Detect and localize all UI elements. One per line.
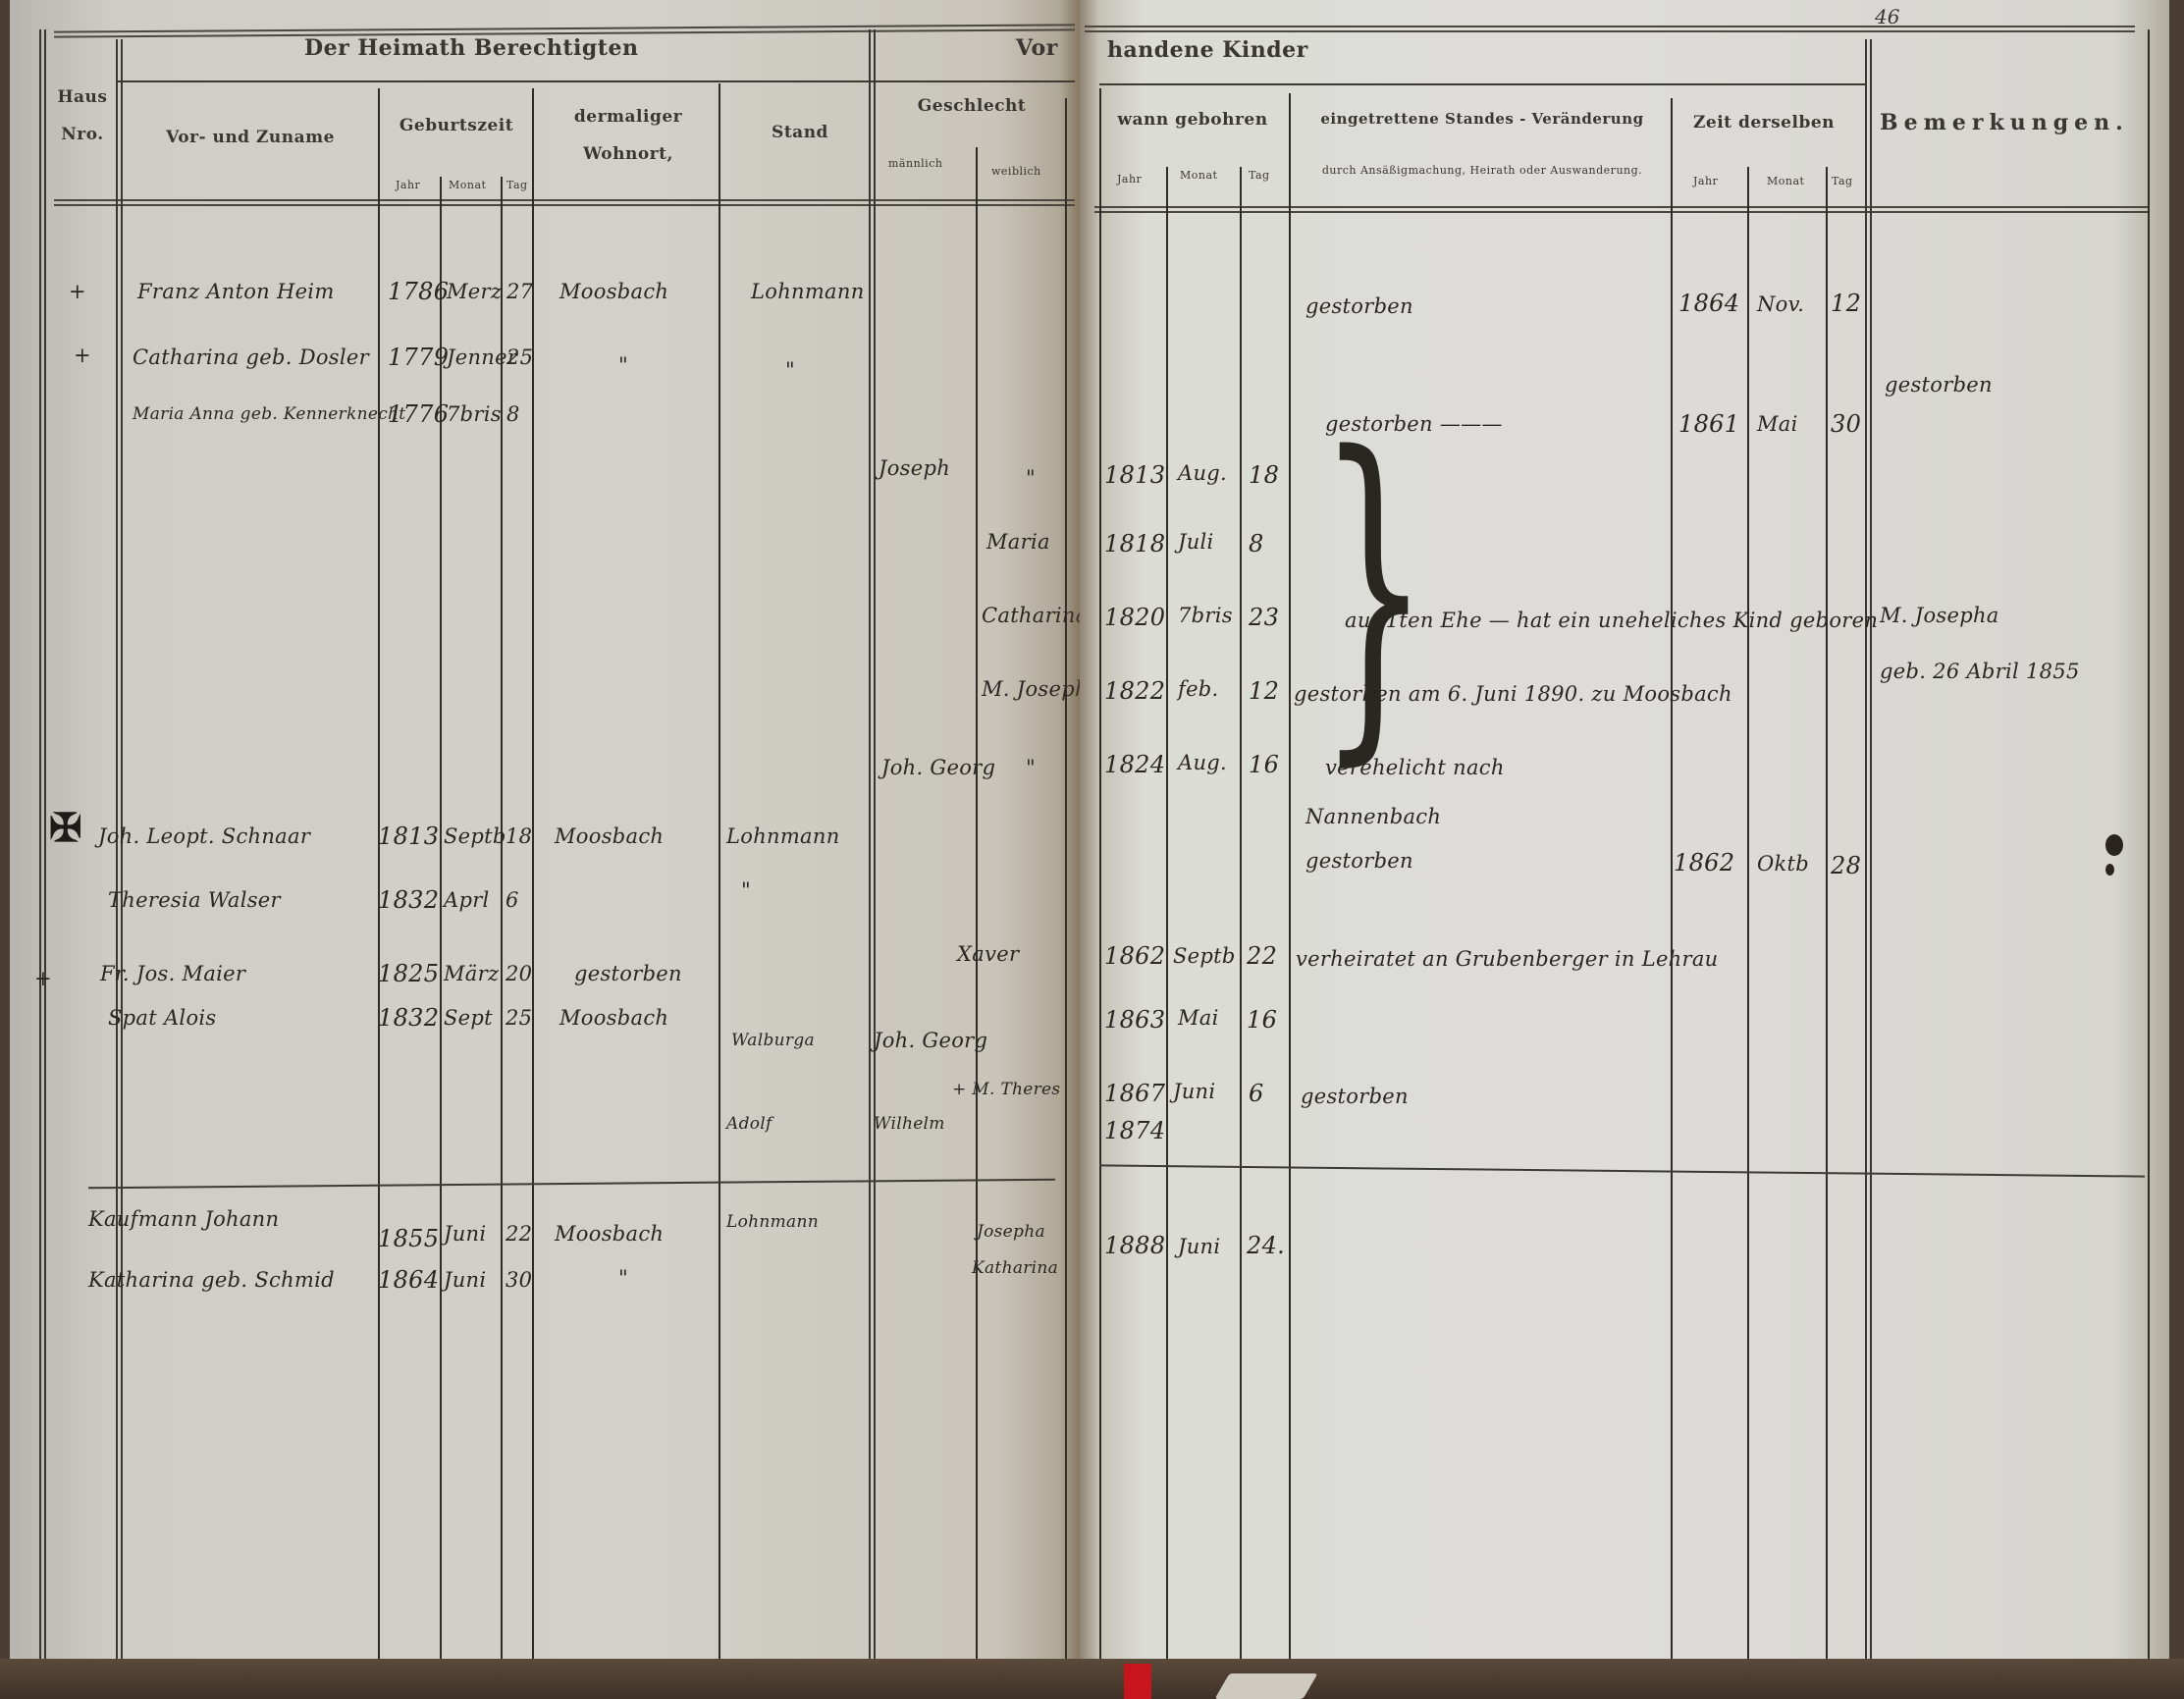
entry-1-mark: + [69, 280, 86, 303]
child-m-theres: + M. Theres [952, 1080, 1060, 1099]
header-born-month: Monat [1180, 169, 1217, 182]
row-8-day: 16 [1249, 751, 1279, 778]
row-4-month: Aug. [1178, 461, 1227, 485]
col-line-time-year [1671, 98, 1673, 1659]
header-name: Vor- und Zuname [133, 128, 368, 147]
row-1-cyear: 1864 [1678, 290, 1739, 317]
header-bottom-rule [54, 199, 1075, 206]
entry-7-month: Sept [444, 1006, 493, 1030]
header-remarks: Bemerkungen. [1880, 110, 2129, 135]
entry-3-name: Maria Anna geb. Kennerknecht [133, 404, 405, 424]
header-change-sub: durch Ansäßigmachung, Heirath oder Auswa… [1315, 162, 1649, 180]
row-8-change: verehelicht nach [1325, 756, 1505, 779]
row-15-month: Juni [1178, 1235, 1220, 1258]
entry-9-day: 30 [506, 1268, 532, 1292]
col-line-sex [869, 29, 876, 1659]
row-7-day: 12 [1249, 677, 1279, 705]
row-5-year: 1818 [1104, 530, 1165, 557]
row-13-day: 6 [1249, 1080, 1264, 1107]
ink-blot [2105, 834, 2123, 856]
child-xaver: Xaver [957, 942, 1019, 966]
col-line-status [719, 83, 720, 1659]
header-female: weiblich [991, 165, 1041, 178]
row-2-remark: gestorben [1885, 373, 1993, 397]
col-line-born-day [1240, 167, 1242, 1659]
row-1-change: gestorben [1305, 294, 1413, 318]
col-line-residence [532, 88, 534, 1659]
right-title: handene Kinder [1107, 37, 1308, 63]
white-bookmark-ribbon [1214, 1673, 1317, 1699]
entry-1-residence: Moosbach [559, 280, 668, 303]
row-12-month: Mai [1178, 1006, 1219, 1030]
child-5-male: Joh. Georg [881, 756, 995, 779]
entry-4-name: Joh. Leopt. Schnaar [98, 824, 310, 848]
row-11-month: Septb [1173, 944, 1236, 968]
entry-2-year: 1779 [388, 344, 449, 371]
left-page: Der Heimath Berechtigten Vor Haus Nro. V… [10, 0, 1080, 1669]
entry-1-day: 27 [506, 280, 533, 303]
header-status: Stand [751, 123, 849, 142]
entry-4-day: 18 [506, 824, 532, 848]
row-8-year: 1824 [1104, 751, 1165, 778]
entry-4-year: 1813 [378, 823, 439, 850]
entry-8-month: Juni [444, 1222, 486, 1246]
row-6-day: 23 [1249, 604, 1279, 631]
child-wilhelm: Wilhelm [874, 1114, 945, 1134]
entry-9-month: Juni [444, 1268, 486, 1292]
row-7-change: gestorben am 6. Juni 1890. zu Moosbach [1294, 682, 1732, 706]
entry-3-day: 8 [506, 402, 520, 426]
row-6-year: 1820 [1104, 604, 1165, 631]
bracket: } [1317, 412, 1430, 766]
entry-7-day: 25 [506, 1006, 532, 1030]
entry-3-year: 1776 [388, 400, 449, 428]
entry-5-year: 1832 [378, 886, 439, 914]
row-7-remark: geb. 26 Abril 1855 [1880, 660, 2080, 683]
header-birth: Geburtszeit [388, 116, 525, 135]
header-birth-day: Tag [506, 179, 528, 191]
entry-7-residence: Moosbach [559, 1006, 668, 1030]
child-joh-georg: Joh. Georg [874, 1029, 987, 1052]
child-josepha: Josepha [977, 1222, 1045, 1242]
row-11-change: verheiratet an Grubenberger in Lehrau [1296, 947, 1718, 971]
header-time: Zeit derselben [1680, 113, 1847, 133]
entry-7-year: 1832 [378, 1004, 439, 1032]
entry-8-status: Lohnmann [726, 1212, 819, 1232]
section-divider-right [1099, 1164, 2145, 1177]
row-9-change: Nannenbach [1305, 805, 1441, 828]
entry-9-year: 1864 [378, 1266, 439, 1294]
child-walburga: Walburga [731, 1031, 815, 1050]
header-time-year: Jahr [1693, 175, 1718, 187]
title-continuation: Vor [1016, 35, 1058, 61]
header-time-day: Tag [1832, 175, 1853, 187]
header-born-year: Jahr [1117, 173, 1142, 186]
row-10-change: gestorben [1305, 849, 1413, 873]
entry-2-status: " [785, 358, 795, 382]
col-line-sex-mid [976, 147, 978, 1659]
row-11-year: 1862 [1104, 942, 1165, 970]
row-12-day: 16 [1247, 1006, 1277, 1034]
entry-6-residence: gestorben [574, 962, 682, 985]
red-bookmark-ribbon [1124, 1664, 1151, 1699]
header-birth-year: Jahr [396, 179, 420, 191]
col-line-time-month [1747, 167, 1749, 1659]
col-line-born-month [1166, 167, 1168, 1659]
row-13-month: Juni [1173, 1080, 1215, 1103]
entry-4-status: Lohnmann [726, 824, 840, 848]
header-born: wann gebohren [1109, 110, 1276, 130]
header-time-month: Monat [1767, 175, 1804, 187]
entry-6-month: März [444, 962, 499, 985]
row-8-month: Aug. [1178, 751, 1227, 774]
entry-6-year: 1825 [378, 960, 439, 987]
header-born-day: Tag [1249, 169, 1270, 182]
col-line-name [116, 39, 123, 1659]
row-5-month: Juli [1178, 530, 1214, 554]
entry-9-residence: " [618, 1266, 628, 1290]
row-7-month: feb. [1178, 677, 1219, 701]
right-page: 46 handene Kinder wann gebohren Jahr Mon… [1080, 0, 2169, 1669]
child-adolf: Adolf [726, 1114, 772, 1134]
row-4-day: 18 [1249, 461, 1279, 489]
child-4-female: M. Josepha [982, 677, 1080, 701]
row-11-day: 22 [1247, 942, 1277, 970]
child-katharina: Katharina [972, 1258, 1058, 1278]
child-1-male: Joseph [879, 456, 950, 480]
row-4-year: 1813 [1104, 461, 1165, 489]
entry-8-year: 1855 [378, 1225, 439, 1252]
top-rule-right [1085, 26, 2135, 32]
row-14-year: 1874 [1104, 1117, 1165, 1144]
entry-4-month: Septb [444, 824, 506, 848]
left-title: Der Heimath Berechtigten [304, 35, 638, 61]
entry-6-day: 20 [506, 962, 532, 985]
col-line-birth-year [378, 88, 380, 1659]
entry-1-year: 1786 [388, 278, 449, 305]
col-line-birth-month [440, 177, 442, 1659]
entry-8-residence: Moosbach [555, 1222, 664, 1246]
entry-6-mark: + [34, 967, 52, 990]
entry-5-day: 6 [506, 888, 519, 912]
col-line-birth-day [501, 177, 503, 1659]
entry-3-month: 7bris [447, 402, 502, 426]
row-3-cmonth: Mai [1757, 412, 1798, 436]
row-15-year: 1888 [1104, 1232, 1165, 1259]
header-residence: dermaliger Wohnort, [559, 98, 697, 173]
row-10-cyear: 1862 [1674, 849, 1734, 876]
col-line-born-year [1099, 88, 1101, 1659]
entry-1-month: Merz [447, 280, 502, 303]
child-3-female: Catharina [982, 604, 1080, 627]
row-3-cday: 30 [1831, 410, 1861, 438]
row-10-cday: 28 [1831, 852, 1861, 879]
entry-2-day: 25 [506, 345, 533, 369]
header-haus-nro: Haus Nro. [53, 79, 112, 153]
col-line-right-edge [2148, 29, 2150, 1659]
entry-8-name: Kaufmann Johann [88, 1207, 279, 1231]
row-13-year: 1867 [1104, 1080, 1165, 1107]
child-5-female: " [1026, 756, 1036, 779]
entry-9-name: Katharina geb. Schmid [88, 1268, 335, 1292]
col-line-sex-end [1065, 98, 1067, 1659]
col-line-change [1289, 93, 1291, 1659]
title-rule [118, 80, 1075, 82]
entry-8-day: 22 [506, 1222, 532, 1246]
header-birth-month: Monat [449, 179, 486, 191]
entry-1-name: Franz Anton Heim [137, 280, 335, 303]
col-line-haus [39, 29, 46, 1659]
entry-7-name: Spat Alois [108, 1006, 216, 1030]
entry-4-residence: Moosbach [555, 824, 664, 848]
header-sex: Geschlecht [893, 96, 1050, 116]
row-12-year: 1863 [1104, 1006, 1165, 1034]
entry-2-mark: + [74, 344, 91, 367]
row-1-cday: 12 [1831, 290, 1861, 317]
entry-5-month: Aprl [444, 888, 490, 912]
row-7-year: 1822 [1104, 677, 1165, 705]
entry-2-name: Catharina geb. Dosler [133, 345, 369, 369]
header-male: männlich [888, 157, 942, 170]
row-10-cmonth: Oktb [1757, 852, 1809, 876]
row-6-remark: M. Josepha [1880, 604, 1999, 627]
ink-blot-small [2105, 864, 2114, 876]
header-change: eingetrettene Standes - Veränderung [1301, 110, 1664, 128]
row-1-cmonth: Nov. [1757, 292, 1804, 316]
entry-5-name: Theresia Walser [108, 888, 281, 912]
row-13-change: gestorben [1301, 1085, 1409, 1108]
child-2-female: Maria [986, 530, 1050, 554]
col-line-remarks [1865, 39, 1872, 1659]
col-line-time-day [1826, 167, 1828, 1659]
header-bottom-rule-right [1094, 206, 2150, 213]
entry-1-status: Lohnmann [751, 280, 865, 303]
title-rule-right [1099, 83, 1865, 85]
row-3-cyear: 1861 [1678, 410, 1739, 438]
entry-6-name: Fr. Jos. Maier [100, 962, 245, 985]
row-15-day: 24. [1247, 1232, 1285, 1259]
row-6-change: auf 1ten Ehe — hat ein uneheliches Kind … [1345, 609, 1878, 632]
cross-mark: ✠ [49, 805, 82, 851]
entry-5-status: " [741, 878, 751, 902]
section-divider [88, 1179, 1055, 1190]
row-6-month: 7bris [1178, 604, 1233, 627]
row-5-day: 8 [1249, 530, 1264, 557]
entry-2-residence: " [618, 353, 628, 377]
child-1-female: " [1026, 466, 1036, 490]
book-bottom-edge [0, 1659, 2184, 1699]
